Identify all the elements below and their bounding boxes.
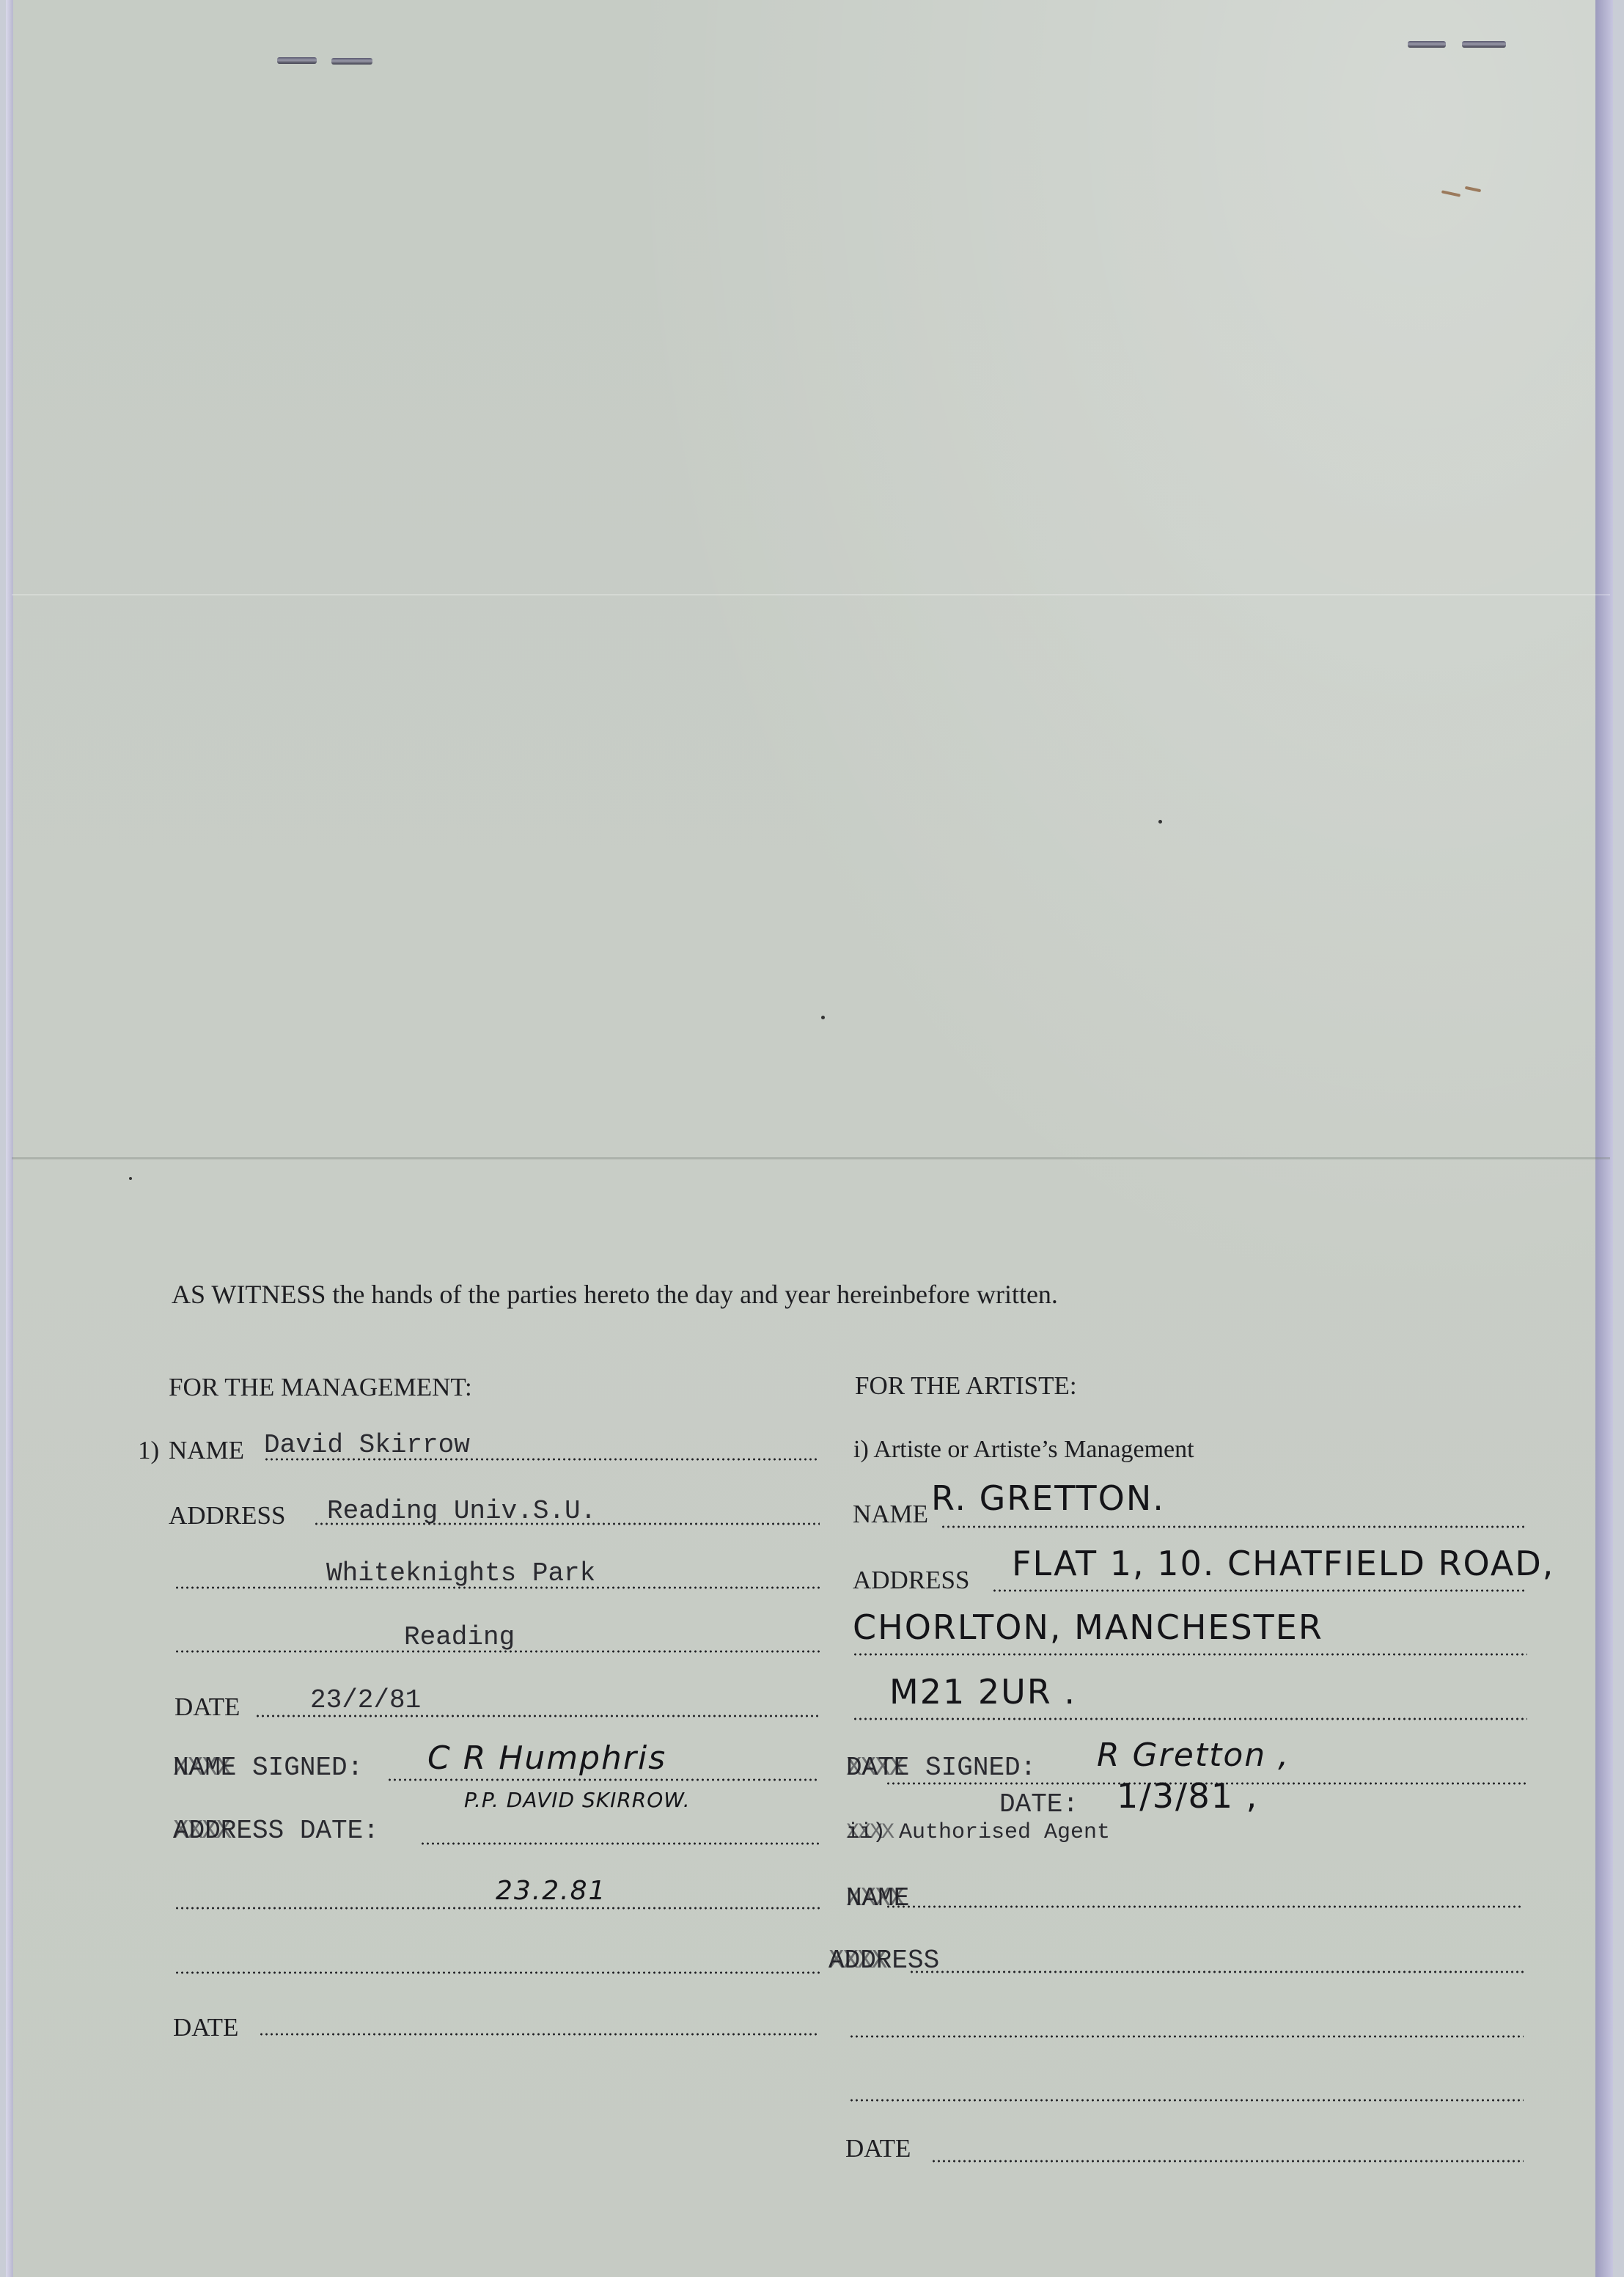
management-address-field-1[interactable] xyxy=(314,1522,820,1525)
agent-heading-text: ii) Authorised Agent xyxy=(846,1820,1110,1845)
management-signed-date-field[interactable] xyxy=(420,1842,820,1845)
management-address-field-2[interactable] xyxy=(174,1586,820,1589)
agent-date-field[interactable] xyxy=(931,2160,1524,2163)
management-final-date-label: DATE xyxy=(173,2013,238,2042)
management-address-line-3[interactable]: Reading xyxy=(404,1622,515,1652)
management-signed-field[interactable] xyxy=(387,1778,820,1781)
struck-name-label: NAME xyxy=(173,1753,236,1783)
management-item-number: 1) xyxy=(138,1436,159,1465)
management-signature-note: P.P. DAVID SKIRROW. xyxy=(464,1788,691,1812)
agent-name-field[interactable] xyxy=(886,1905,1524,1908)
artiste-signed-label: SIGNED: xyxy=(925,1753,1036,1783)
fold-line xyxy=(12,594,1610,595)
management-signed-date-label: DATE: xyxy=(300,1816,379,1846)
management-address-line-1[interactable]: Reading Univ.S.U. xyxy=(327,1496,596,1526)
artiste-date-label: DATE: xyxy=(999,1789,1079,1819)
artiste-name-value[interactable]: R. GRETTON. xyxy=(931,1478,1165,1518)
artiste-address-field-1[interactable] xyxy=(992,1589,1527,1592)
artiste-name-label: NAME xyxy=(853,1500,928,1529)
speck xyxy=(821,1016,825,1019)
management-date-value[interactable]: 23/2/81 xyxy=(310,1685,421,1715)
agent-name-row: NAME xyxy=(846,1883,909,1913)
witness-clause: AS WITNESS the hands of the parties here… xyxy=(172,1279,1058,1310)
artiste-signed-row: DATE SIGNED: xyxy=(846,1753,1036,1783)
struck-date-label: DATE xyxy=(846,1753,909,1783)
agent-address-field-3[interactable] xyxy=(849,2099,1524,2102)
management-name-label: NAME xyxy=(169,1436,244,1465)
rust-mark xyxy=(1441,190,1461,197)
speck xyxy=(129,1177,132,1180)
management-name-value[interactable]: David Skirrow xyxy=(264,1430,470,1460)
page-edge-left xyxy=(6,0,13,2277)
management-signed-date-row: ADDRESS DATE: xyxy=(173,1816,379,1846)
struck-address-label: ADDRESS xyxy=(173,1816,284,1846)
artiste-address-line-2[interactable]: CHORLTON, MANCHESTER xyxy=(853,1607,1323,1647)
witness-clause-text: AS WITNESS the hands of the parties here… xyxy=(172,1280,1058,1309)
management-signed-label: SIGNED: xyxy=(252,1753,363,1783)
artiste-name-field[interactable] xyxy=(941,1525,1527,1528)
management-signature[interactable]: C R Humphris xyxy=(427,1739,666,1777)
management-address-field-3[interactable] xyxy=(174,1650,820,1653)
agent-address-field-1[interactable] xyxy=(909,1970,1524,1973)
artiste-address-line-3[interactable]: M21 2UR . xyxy=(889,1672,1076,1712)
artiste-date-value[interactable]: 1/3/81 , xyxy=(1117,1776,1258,1816)
artiste-address-line-1[interactable]: FLAT 1, 10. CHATFIELD ROAD, xyxy=(1012,1544,1554,1583)
artiste-subheading: i) Artiste or Artiste’s Management xyxy=(853,1436,1194,1464)
management-signed-date-value[interactable]: 23.2.81 xyxy=(496,1876,606,1906)
rust-mark xyxy=(1465,186,1481,192)
page-edge-right xyxy=(1595,0,1613,2277)
artiste-signature[interactable]: R Gretton , xyxy=(1097,1737,1290,1774)
agent-date-label: DATE xyxy=(845,2134,911,2163)
fold-crease xyxy=(12,1157,1610,1159)
management-date-label: DATE xyxy=(174,1693,240,1722)
staple-icon xyxy=(277,57,317,64)
management-heading: FOR THE MANAGEMENT: xyxy=(169,1373,472,1402)
management-date-field[interactable] xyxy=(255,1715,820,1717)
management-name-field[interactable] xyxy=(264,1458,820,1461)
management-signed-row: NAME SIGNED: xyxy=(173,1753,363,1783)
artiste-heading: FOR THE ARTISTE: xyxy=(855,1371,1077,1401)
agent-name-label: NAME xyxy=(846,1883,909,1913)
artiste-address-field-3[interactable] xyxy=(853,1717,1527,1720)
artiste-address-field-2[interactable] xyxy=(853,1653,1527,1656)
management-address-label: ADDRESS xyxy=(169,1501,285,1530)
management-address-line-2[interactable]: Whiteknights Park xyxy=(326,1558,595,1588)
management-final-date-field[interactable] xyxy=(259,2033,820,2036)
staple-icon xyxy=(1408,41,1446,48)
staple-icon xyxy=(1462,41,1506,48)
speck xyxy=(1158,820,1162,824)
contract-page: AS WITNESS the hands of the parties here… xyxy=(6,0,1613,2277)
agent-heading: ii) Authorised Agent xyxy=(846,1820,1110,1845)
staple-icon xyxy=(331,58,372,65)
artiste-address-label: ADDRESS xyxy=(853,1566,969,1595)
agent-address-field-2[interactable] xyxy=(849,2035,1524,2038)
management-blank-field-2[interactable] xyxy=(174,1971,820,1974)
management-blank-field-1[interactable] xyxy=(174,1907,820,1910)
